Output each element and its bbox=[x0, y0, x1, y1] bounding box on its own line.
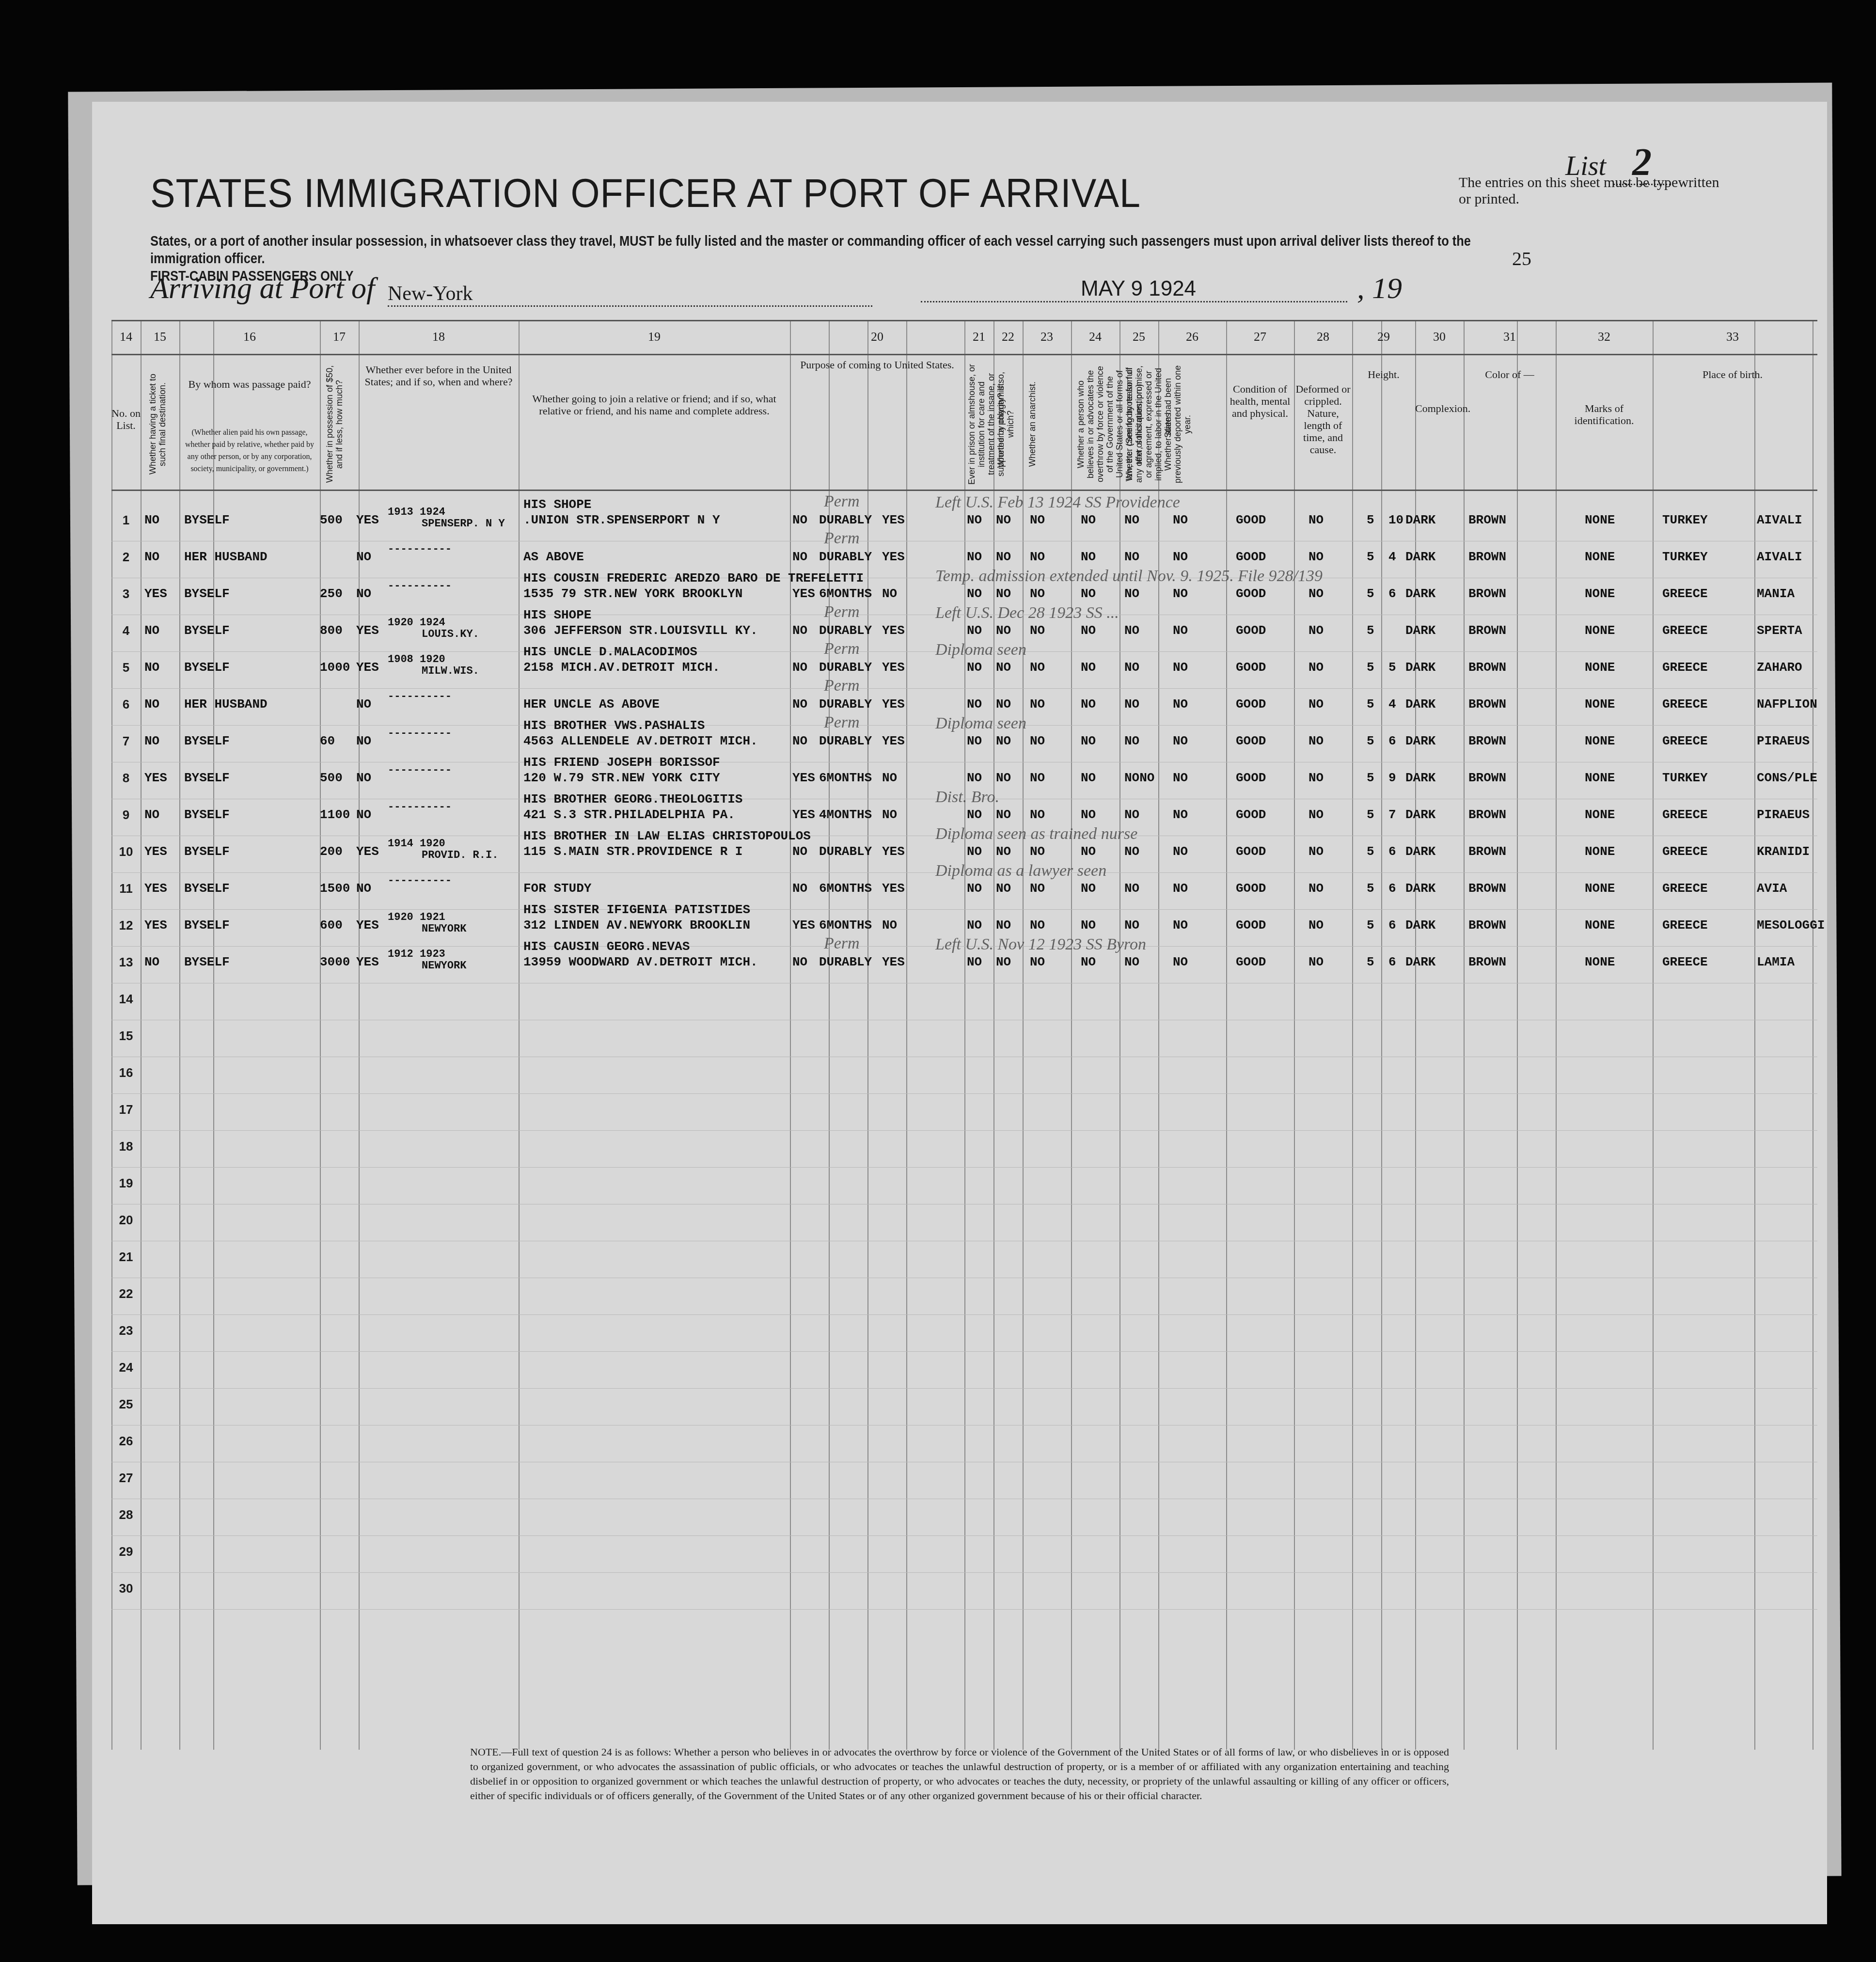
ticket-cell: NO bbox=[144, 697, 159, 712]
ticket-cell: NO bbox=[144, 513, 159, 527]
instructions-text: States, or a port of another insular pos… bbox=[150, 233, 1510, 268]
hair-cell: BROWN bbox=[1468, 844, 1506, 859]
q26-cell: NO bbox=[1173, 660, 1188, 675]
money-cell: 1500 bbox=[320, 881, 350, 896]
hair-cell: BROWN bbox=[1468, 734, 1506, 748]
port-field: New-York bbox=[388, 282, 872, 307]
city-cell: AVIA bbox=[1757, 881, 1787, 896]
join-1-cell: HIS SISTER IFIGENIA PATISTIDES bbox=[523, 902, 750, 917]
q24-cell: NO bbox=[1081, 771, 1096, 785]
row-number: 12 bbox=[111, 918, 141, 933]
prison-cell: NO bbox=[967, 586, 982, 601]
prison-cell: NO bbox=[967, 697, 982, 712]
polygamist-cell: NO bbox=[996, 955, 1011, 969]
column-header: Marks of identification. bbox=[1556, 402, 1653, 427]
return-cell: YES bbox=[792, 771, 815, 785]
paid-by-cell: HER HUSBAND bbox=[184, 550, 268, 564]
country-cell: GREECE bbox=[1662, 955, 1708, 969]
country-cell: GREECE bbox=[1662, 881, 1708, 896]
column-header: Whether ever before in the United States… bbox=[361, 364, 516, 388]
city-cell: MANIA bbox=[1757, 586, 1795, 601]
join-2-cell: 115 S.MAIN STR.PROVIDENCE R I bbox=[523, 844, 742, 859]
health-cell: GOOD bbox=[1236, 771, 1266, 785]
country-cell: TURKEY bbox=[1662, 771, 1708, 785]
paid-by-cell: BYSELF bbox=[184, 881, 230, 896]
column-subheader: (Whether alien paid his own passage, whe… bbox=[184, 427, 315, 475]
anarchist-cell: NO bbox=[1030, 660, 1045, 675]
hair-cell: BROWN bbox=[1468, 881, 1506, 896]
row-number: 16 bbox=[111, 1065, 141, 1080]
row-line bbox=[111, 983, 1817, 983]
column-number: 24 bbox=[1071, 330, 1119, 344]
polygamist-cell: NO bbox=[996, 697, 1011, 712]
row-number: 5 bbox=[111, 660, 141, 675]
column-number: 27 bbox=[1226, 330, 1294, 344]
marks-cell: NONE bbox=[1585, 513, 1615, 527]
join-2-cell: HER UNCLE AS ABOVE bbox=[523, 697, 660, 712]
row-line bbox=[111, 1351, 1817, 1352]
years-cell: ---------- bbox=[388, 764, 452, 776]
ticket-cell: NO bbox=[144, 550, 159, 564]
row-number: 10 bbox=[111, 844, 141, 859]
country-cell: TURKEY bbox=[1662, 550, 1708, 564]
row-number: 30 bbox=[111, 1581, 141, 1596]
q26-cell: NO bbox=[1173, 918, 1188, 933]
where-cell: NEWYORK bbox=[422, 960, 466, 972]
manifest-table: 1415161718192021222324252627282930313233… bbox=[111, 320, 1817, 1774]
row-number: 2 bbox=[111, 550, 141, 565]
length-cell: DURABLY bbox=[819, 623, 872, 638]
polygamist-cell: NO bbox=[996, 844, 1011, 859]
handwritten-annotation: Diploma as a lawyer seen bbox=[935, 862, 1106, 880]
ticket-cell: YES bbox=[144, 881, 167, 896]
row-number: 29 bbox=[111, 1544, 141, 1559]
years-cell: 1912 1923 bbox=[388, 948, 445, 960]
feet-cell: 5 bbox=[1367, 881, 1374, 896]
country-cell: GREECE bbox=[1662, 586, 1708, 601]
length-cell: DURABLY bbox=[819, 513, 872, 527]
years-cell: 1914 1920 bbox=[388, 838, 445, 850]
column-number: 25 bbox=[1119, 330, 1158, 344]
handwritten-annotation: Dist. Bro. bbox=[935, 788, 999, 807]
return-cell: NO bbox=[792, 513, 807, 527]
q24-cell: NO bbox=[1081, 844, 1096, 859]
health-cell: GOOD bbox=[1236, 660, 1266, 675]
join-2-cell: .UNION STR.SPENSERPORT N Y bbox=[523, 513, 720, 527]
q24-cell: NO bbox=[1081, 550, 1096, 564]
years-cell: 1920 1921 bbox=[388, 911, 445, 923]
money-cell: 1100 bbox=[320, 807, 350, 822]
q25-cell: NO bbox=[1124, 844, 1139, 859]
hair-cell: BROWN bbox=[1468, 807, 1506, 822]
citizen-cell: NO bbox=[882, 771, 897, 785]
prison-cell: NO bbox=[967, 734, 982, 748]
length-cell: DURABLY bbox=[819, 550, 872, 564]
deformed-cell: NO bbox=[1308, 807, 1324, 822]
years-cell: ---------- bbox=[388, 874, 452, 886]
anarchist-cell: NO bbox=[1030, 881, 1045, 896]
complexion-cell: DARK bbox=[1405, 955, 1435, 969]
join-2-cell: 1535 79 STR.NEW YORK BROOKLYN bbox=[523, 586, 742, 601]
ticket-cell: NO bbox=[144, 955, 159, 969]
years-cell: ---------- bbox=[388, 801, 452, 813]
q25-cell: NO bbox=[1124, 623, 1139, 638]
inches-cell: 6 bbox=[1388, 918, 1396, 933]
polygamist-cell: NO bbox=[996, 918, 1011, 933]
row-number: 25 bbox=[111, 1397, 141, 1412]
money-cell: 500 bbox=[320, 513, 343, 527]
return-cell: YES bbox=[792, 807, 815, 822]
country-cell: GREECE bbox=[1662, 807, 1708, 822]
feet-cell: 5 bbox=[1367, 623, 1374, 638]
paid-by-cell: BYSELF bbox=[184, 807, 230, 822]
prison-cell: NO bbox=[967, 623, 982, 638]
anarchist-cell: NO bbox=[1030, 623, 1045, 638]
paid-by-cell: BYSELF bbox=[184, 955, 230, 969]
return-cell: NO bbox=[792, 955, 807, 969]
column-header: Color of — bbox=[1464, 368, 1556, 380]
polygamist-cell: NO bbox=[996, 881, 1011, 896]
polygamist-cell: NO bbox=[996, 807, 1011, 822]
row-number: 20 bbox=[111, 1213, 141, 1228]
city-cell: PIRAEUS bbox=[1757, 807, 1810, 822]
row-line bbox=[111, 1314, 1817, 1315]
row-number: 1 bbox=[111, 513, 141, 528]
row-line bbox=[111, 688, 1817, 689]
country-cell: GREECE bbox=[1662, 697, 1708, 712]
health-cell: GOOD bbox=[1236, 697, 1266, 712]
deformed-cell: NO bbox=[1308, 955, 1324, 969]
marks-cell: NONE bbox=[1585, 697, 1615, 712]
page-title: STATES IMMIGRATION OFFICER AT PORT OF AR… bbox=[150, 170, 1141, 217]
ticket-cell: NO bbox=[144, 734, 159, 748]
handwritten-annotation: Diploma seen bbox=[935, 714, 1026, 733]
before-cell: NO bbox=[356, 697, 371, 712]
date-stamp: MAY 9 1924 bbox=[1081, 277, 1196, 301]
join-1-cell: HIS BROTHER VWS.PASHALIS bbox=[523, 718, 705, 733]
years-cell: 1920 1924 bbox=[388, 617, 445, 629]
return-cell: NO bbox=[792, 623, 807, 638]
money-cell: 800 bbox=[320, 623, 343, 638]
row-line bbox=[111, 762, 1817, 762]
length-cell: 6MONTHS bbox=[819, 586, 872, 601]
complexion-cell: DARK bbox=[1405, 697, 1435, 712]
health-cell: GOOD bbox=[1236, 623, 1266, 638]
q24-cell: NO bbox=[1081, 918, 1096, 933]
polygamist-cell: NO bbox=[996, 734, 1011, 748]
inches-cell: 10 bbox=[1388, 513, 1403, 527]
before-cell: YES bbox=[356, 660, 379, 675]
polygamist-cell: NO bbox=[996, 586, 1011, 601]
row-line bbox=[111, 1057, 1817, 1057]
row-number: 26 bbox=[111, 1434, 141, 1449]
column-header: Condition of health, mental and physical… bbox=[1226, 383, 1294, 419]
column-number: 20 bbox=[790, 330, 964, 344]
column-number: 31 bbox=[1464, 330, 1556, 344]
column-number: 26 bbox=[1158, 330, 1226, 344]
inches-cell: 6 bbox=[1388, 734, 1396, 748]
before-cell: YES bbox=[356, 844, 379, 859]
column-number: 14 bbox=[111, 330, 141, 344]
column-header-vertical: Whether alien had been previously deport… bbox=[1163, 364, 1221, 485]
row-number: 21 bbox=[111, 1250, 141, 1265]
marks-cell: NONE bbox=[1585, 660, 1615, 675]
before-cell: NO bbox=[356, 734, 371, 748]
inches-cell: 6 bbox=[1388, 881, 1396, 896]
paid-by-cell: BYSELF bbox=[184, 513, 230, 527]
anarchist-cell: NO bbox=[1030, 844, 1045, 859]
column-header-vertical: Whether a person who believes in or advo… bbox=[1076, 364, 1117, 485]
country-cell: GREECE bbox=[1662, 734, 1708, 748]
row-line bbox=[111, 1499, 1817, 1499]
deformed-cell: NO bbox=[1308, 586, 1324, 601]
feet-cell: 5 bbox=[1367, 513, 1374, 527]
column-header-vertical: Whether an anarchist. bbox=[1027, 364, 1069, 485]
citizen-cell: YES bbox=[882, 697, 905, 712]
complexion-cell: DARK bbox=[1405, 623, 1435, 638]
feet-cell: 5 bbox=[1367, 697, 1374, 712]
citizen-cell: YES bbox=[882, 513, 905, 527]
city-cell: KRANIDI bbox=[1757, 844, 1810, 859]
column-number: 28 bbox=[1294, 330, 1352, 344]
years-cell: ---------- bbox=[388, 543, 452, 555]
money-cell: 200 bbox=[320, 844, 343, 859]
deformed-cell: NO bbox=[1308, 734, 1324, 748]
return-cell: NO bbox=[792, 734, 807, 748]
health-cell: GOOD bbox=[1236, 734, 1266, 748]
handwritten-annotation: Diploma seen as trained nurse bbox=[935, 825, 1137, 843]
q26-cell: NO bbox=[1173, 844, 1188, 859]
city-cell: MESOLOGGI bbox=[1757, 918, 1825, 933]
anarchist-cell: NO bbox=[1030, 697, 1045, 712]
row-line bbox=[111, 1572, 1817, 1573]
citizen-cell: YES bbox=[882, 660, 905, 675]
hair-cell: BROWN bbox=[1468, 586, 1506, 601]
marks-cell: NONE bbox=[1585, 955, 1615, 969]
where-cell: SPENSERP. N Y bbox=[422, 518, 505, 530]
q24-cell: NO bbox=[1081, 623, 1096, 638]
row-number: 14 bbox=[111, 992, 141, 1007]
marks-cell: NONE bbox=[1585, 586, 1615, 601]
row-line bbox=[111, 1609, 1817, 1610]
row-line bbox=[111, 1130, 1817, 1131]
citizen-cell: NO bbox=[882, 586, 897, 601]
deformed-cell: NO bbox=[1308, 550, 1324, 564]
column-number: 21 bbox=[964, 330, 993, 344]
column-number: 18 bbox=[359, 330, 519, 344]
marks-cell: NONE bbox=[1585, 807, 1615, 822]
join-1-cell: HIS SHOPE bbox=[523, 497, 591, 512]
paid-by-cell: HER HUSBAND bbox=[184, 697, 268, 712]
anarchist-cell: NO bbox=[1030, 771, 1045, 785]
before-cell: NO bbox=[356, 807, 371, 822]
q25-cell: NO bbox=[1124, 881, 1139, 896]
marks-cell: NONE bbox=[1585, 881, 1615, 896]
money-cell: 60 bbox=[320, 734, 335, 748]
length-cell: DURABLY bbox=[819, 660, 872, 675]
paid-by-cell: BYSELF bbox=[184, 918, 230, 933]
join-1-cell: HIS FRIEND JOSEPH BORISSOF bbox=[523, 755, 720, 770]
column-header: By whom was passage paid? bbox=[184, 378, 315, 390]
q25-cell: NO bbox=[1124, 660, 1139, 675]
row-line bbox=[111, 1388, 1817, 1389]
complexion-cell: DARK bbox=[1405, 734, 1435, 748]
column-number: 19 bbox=[519, 330, 790, 344]
complexion-cell: DARK bbox=[1405, 844, 1435, 859]
column-header: Deformed or crippled. Nature, length of … bbox=[1294, 383, 1352, 456]
anarchist-cell: NO bbox=[1030, 513, 1045, 527]
q25-cell: NO bbox=[1124, 586, 1139, 601]
polygamist-cell: NO bbox=[996, 550, 1011, 564]
perm-annotation: Perm bbox=[824, 713, 860, 732]
column-header-vertical: Whether in possession of $50, and if les… bbox=[325, 364, 356, 485]
column-number: 32 bbox=[1556, 330, 1653, 344]
length-cell: DURABLY bbox=[819, 844, 872, 859]
row-number: 7 bbox=[111, 734, 141, 749]
hair-cell: BROWN bbox=[1468, 771, 1506, 785]
feet-cell: 5 bbox=[1367, 586, 1374, 601]
row-line bbox=[111, 1462, 1817, 1462]
row-number: 11 bbox=[111, 881, 141, 896]
row-line bbox=[111, 1278, 1817, 1278]
q24-cell: NO bbox=[1081, 660, 1096, 675]
polygamist-cell: NO bbox=[996, 513, 1011, 527]
return-cell: NO bbox=[792, 697, 807, 712]
handwritten-annotation: Left U.S. Nov 12 1923 SS Byron bbox=[935, 935, 1146, 954]
inches-cell: 4 bbox=[1388, 697, 1396, 712]
health-cell: GOOD bbox=[1236, 918, 1266, 933]
q25-cell: NO bbox=[1124, 807, 1139, 822]
inches-cell: 6 bbox=[1388, 586, 1396, 601]
years-cell: 1913 1924 bbox=[388, 506, 445, 518]
city-cell: ZAHARO bbox=[1757, 660, 1802, 675]
row-number: 22 bbox=[111, 1286, 141, 1301]
prison-cell: NO bbox=[967, 660, 982, 675]
anarchist-cell: NO bbox=[1030, 734, 1045, 748]
health-cell: GOOD bbox=[1236, 586, 1266, 601]
row-number: 9 bbox=[111, 807, 141, 823]
row-line bbox=[111, 1167, 1817, 1168]
before-cell: NO bbox=[356, 586, 371, 601]
paid-by-cell: BYSELF bbox=[184, 623, 230, 638]
money-cell: 3000 bbox=[320, 955, 350, 969]
deformed-cell: NO bbox=[1308, 623, 1324, 638]
anarchist-cell: NO bbox=[1030, 807, 1045, 822]
inches-cell: 4 bbox=[1388, 550, 1396, 564]
typewritten-note: The entries on this sheet must be typewr… bbox=[1459, 174, 1730, 207]
header-rule bbox=[111, 354, 1817, 355]
deformed-cell: NO bbox=[1308, 513, 1324, 527]
return-cell: NO bbox=[792, 844, 807, 859]
row-number: 28 bbox=[111, 1507, 141, 1522]
where-cell: LOUIS.KY. bbox=[422, 628, 479, 640]
row-line bbox=[111, 909, 1817, 910]
column-number: 23 bbox=[1023, 330, 1071, 344]
complexion-cell: DARK bbox=[1405, 807, 1435, 822]
inches-cell: 7 bbox=[1388, 807, 1396, 822]
before-cell: YES bbox=[356, 918, 379, 933]
handwritten-annotation: Left U.S. Dec 28 1923 SS ... bbox=[935, 604, 1119, 622]
q25-cell: NO bbox=[1124, 513, 1139, 527]
header-rule bbox=[111, 320, 1817, 321]
join-1-cell: HIS CAUSIN GEORG.NEVAS bbox=[523, 939, 690, 954]
row-line bbox=[111, 541, 1817, 541]
money-cell: 600 bbox=[320, 918, 343, 933]
country-cell: GREECE bbox=[1662, 844, 1708, 859]
marks-cell: NONE bbox=[1585, 623, 1615, 638]
before-cell: NO bbox=[356, 771, 371, 785]
column-number: 22 bbox=[993, 330, 1023, 344]
prison-cell: NO bbox=[967, 771, 982, 785]
row-number: 6 bbox=[111, 697, 141, 712]
polygamist-cell: NO bbox=[996, 660, 1011, 675]
feet-cell: 5 bbox=[1367, 771, 1374, 785]
deformed-cell: NO bbox=[1308, 771, 1324, 785]
return-cell: NO bbox=[792, 550, 807, 564]
ticket-cell: YES bbox=[144, 844, 167, 859]
join-2-cell: 120 W.79 STR.NEW YORK CITY bbox=[523, 771, 720, 785]
q25-cell: NO bbox=[1124, 550, 1139, 564]
where-cell: MILW.WIS. bbox=[422, 665, 479, 677]
q24-cell: NO bbox=[1081, 955, 1096, 969]
q26-cell: NO bbox=[1173, 734, 1188, 748]
column-number: 17 bbox=[320, 330, 359, 344]
where-cell: NEWYORK bbox=[422, 923, 466, 935]
health-cell: GOOD bbox=[1236, 550, 1266, 564]
return-cell: NO bbox=[792, 881, 807, 896]
header-rule bbox=[111, 490, 1817, 491]
country-cell: TURKEY bbox=[1662, 513, 1708, 527]
inches-cell: 6 bbox=[1388, 955, 1396, 969]
complexion-cell: DARK bbox=[1405, 586, 1435, 601]
citizen-cell: NO bbox=[882, 807, 897, 822]
q26-cell: NO bbox=[1173, 881, 1188, 896]
health-cell: GOOD bbox=[1236, 955, 1266, 969]
ticket-cell: YES bbox=[144, 918, 167, 933]
length-cell: DURABLY bbox=[819, 697, 872, 712]
health-cell: GOOD bbox=[1236, 513, 1266, 527]
complexion-cell: DARK bbox=[1405, 881, 1435, 896]
feet-cell: 5 bbox=[1367, 918, 1374, 933]
city-cell: AIVALI bbox=[1757, 513, 1802, 527]
row-line bbox=[111, 1093, 1817, 1094]
length-cell: 6MONTHS bbox=[819, 918, 872, 933]
column-number: 30 bbox=[1415, 330, 1464, 344]
ticket-cell: NO bbox=[144, 807, 159, 822]
feet-cell: 5 bbox=[1367, 844, 1374, 859]
column-header-vertical: Ever in prison or almshouse, or institut… bbox=[967, 364, 991, 485]
join-1-cell: HIS BROTHER GEORG.THEOLOGITIS bbox=[523, 792, 742, 807]
anarchist-cell: NO bbox=[1030, 550, 1045, 564]
q24-cell: NO bbox=[1081, 734, 1096, 748]
perm-annotation: Perm bbox=[824, 529, 860, 548]
prison-cell: NO bbox=[967, 955, 982, 969]
feet-cell: 5 bbox=[1367, 660, 1374, 675]
where-cell: PROVID. R.I. bbox=[422, 849, 498, 861]
paid-by-cell: BYSELF bbox=[184, 660, 230, 675]
row-line bbox=[111, 1241, 1817, 1241]
footnote: NOTE.—Full text of question 24 is as fol… bbox=[470, 1745, 1449, 1803]
manifest-sheet: List2 STATES IMMIGRATION OFFICER AT PORT… bbox=[92, 102, 1827, 1924]
column-number: 15 bbox=[141, 330, 179, 344]
row-line bbox=[111, 1535, 1817, 1536]
length-cell: DURABLY bbox=[819, 734, 872, 748]
ticket-cell: YES bbox=[144, 586, 167, 601]
deformed-cell: NO bbox=[1308, 660, 1324, 675]
column-header: Whether going to join a relative or frie… bbox=[523, 393, 785, 417]
handwritten-annotation: Temp. admission extended until Nov. 9. 1… bbox=[935, 567, 1323, 585]
join-2-cell: 4563 ALLENDELE AV.DETROIT MICH. bbox=[523, 734, 758, 748]
